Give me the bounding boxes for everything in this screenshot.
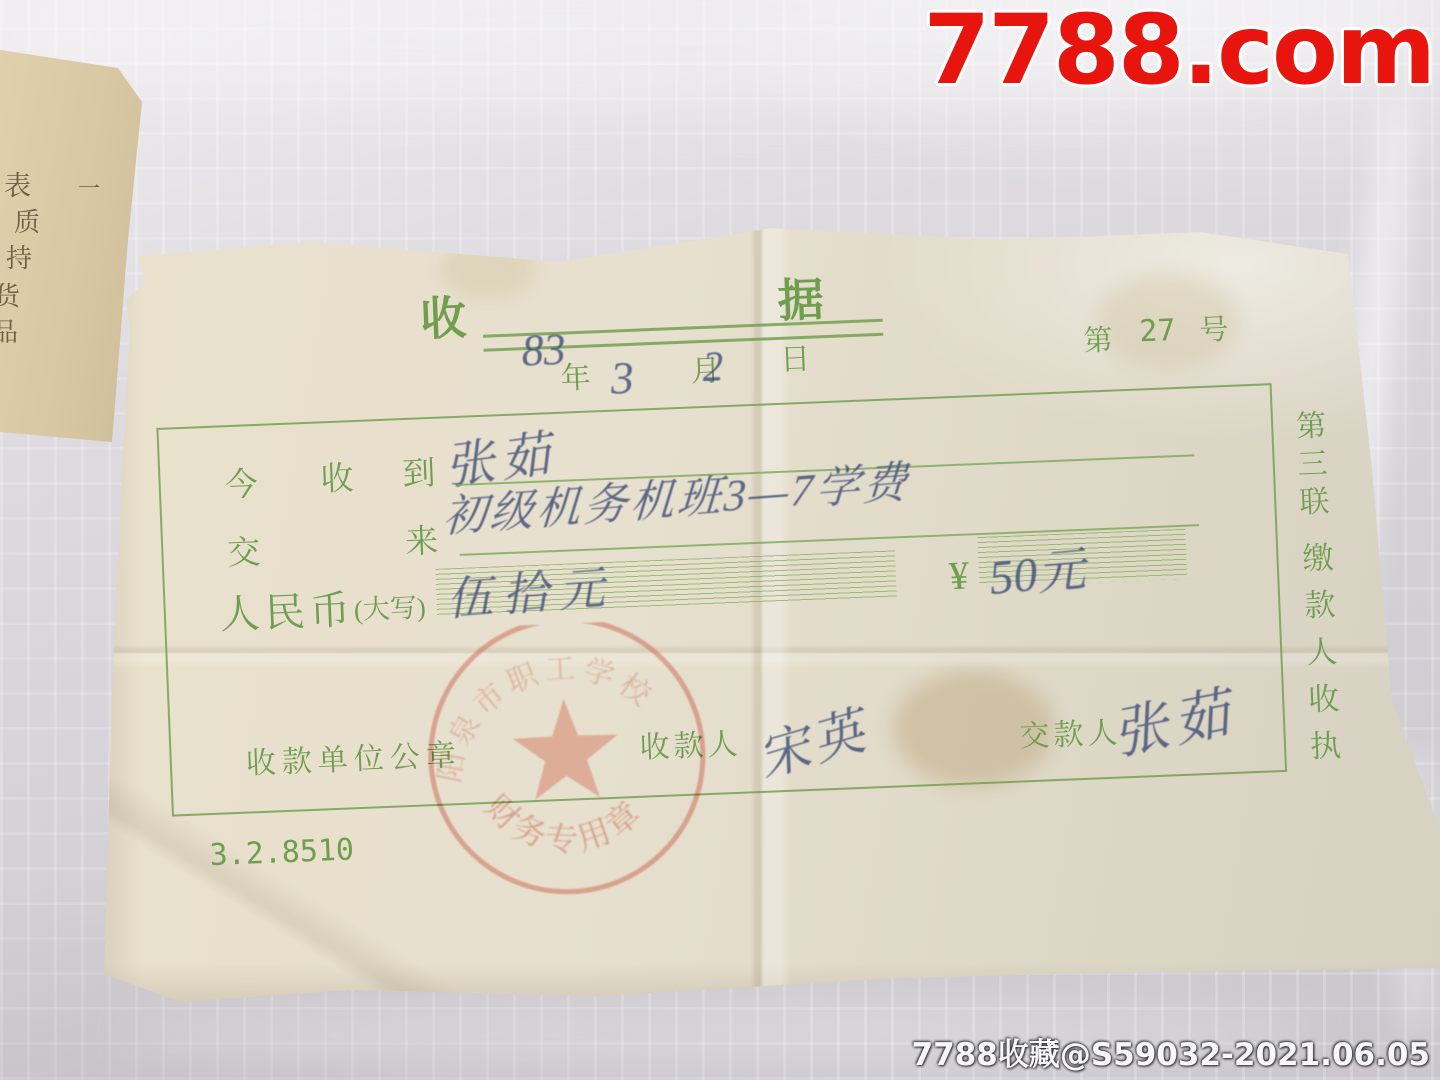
handwritten-amount-words: 伍拾元 [444,551,616,629]
left-doc-char: 表 [4,164,31,203]
left-doc-char: 货 [0,276,20,313]
day-label: 日 [779,334,811,379]
handwritten-amount-figures: 50元 [986,530,1088,608]
handwritten-month: 3 [610,351,635,405]
payer-label: 交款人 [1018,707,1122,755]
left-doc-char: 持 [6,238,32,275]
paid-label-char: 来 [404,515,439,563]
paid-label-char: 交 [226,526,261,574]
left-doc-char: 一 [78,172,100,203]
site-watermark: 7788.com [923,0,1434,106]
received-label-char: 收 [320,452,355,500]
svg-text:财务专用章: 财务专用章 [477,782,652,863]
receipt-title-char: 收 [419,281,468,349]
amount-words-paren: (大写) [353,585,426,627]
left-doc-char: 品 [0,312,18,349]
received-label-char: 到 [401,447,436,495]
stamp-bottom-arc-text: 财务专用章 [477,782,652,863]
number-value: 27 [1139,313,1177,349]
stamp-star-icon [511,697,620,801]
year-label: 年 [560,353,592,398]
amount-words-label: 人民币 [219,578,356,640]
number-suffix: 号 [1198,307,1229,349]
received-label-char: 今 [224,458,259,506]
handwritten-day: 2 [701,343,724,392]
copy-holder-note: 缴款人收执 [1292,541,1346,778]
copy-number-note: 第三联 [1285,409,1334,525]
collection-id-watermark: 7788收藏@S59032-2021.06.05 [912,1029,1430,1074]
receipt-paper: 收 据 83 年 3 月 2 日 第 27 号 今 收 到 张茹 交 来 [88,216,1440,1010]
photo-of-receipt: 表 一 质 持 货 品 收 据 83 年 3 月 2 日 第 27 号 [0,0,1440,1080]
currency-symbol: ¥ [948,551,970,599]
form-serial-number: 3.2.8510 [209,832,355,873]
number-prefix: 第 [1083,318,1114,360]
left-doc-char: 质 [14,202,40,239]
red-finance-stamp: 阳泉市职工学校 财务专用章 [419,618,720,921]
receipt-printed-content: 收 据 83 年 3 月 2 日 第 27 号 今 收 到 张茹 交 来 [86,180,1366,1010]
